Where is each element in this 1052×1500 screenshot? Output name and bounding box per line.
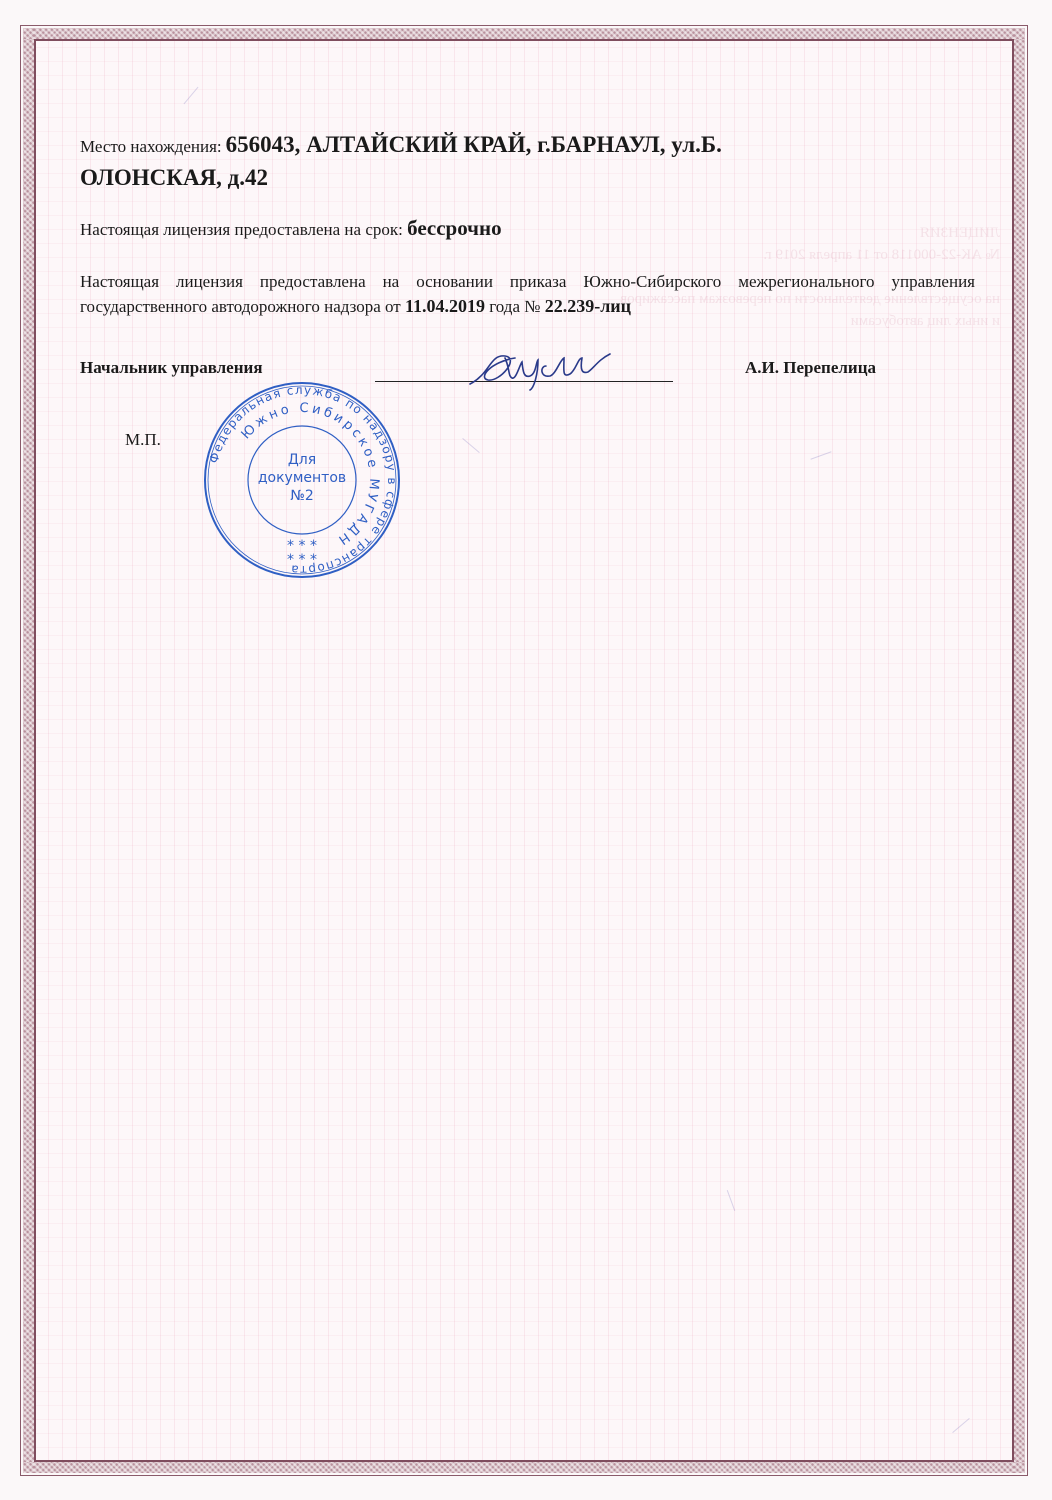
stamp-center-line1: Для xyxy=(288,452,316,468)
stamp-stars-2: * * * xyxy=(287,552,317,568)
term-label: Настоящая лицензия предоставлена на срок… xyxy=(80,220,403,239)
term-value: бессрочно xyxy=(407,216,502,240)
stamp-center-line2: документов xyxy=(258,470,346,486)
handwritten-signature xyxy=(460,344,660,392)
order-number: 22.239-лиц xyxy=(545,296,631,316)
seal-place-label: М.П. xyxy=(125,430,161,450)
location-value-line1: 656043, АЛТАЙСКИЙ КРАЙ, г.БАРНАУЛ, ул.Б. xyxy=(226,132,722,157)
basis-section: Настоящая лицензия предоставлена на осно… xyxy=(80,270,975,319)
location-label: Место нахождения: xyxy=(80,137,222,156)
location-section: Место нахождения: 656043, АЛТАЙСКИЙ КРАЙ… xyxy=(80,130,880,196)
location-value-line2: ОЛОНСКАЯ, д.42 xyxy=(80,165,268,190)
document-border xyxy=(23,28,1025,1473)
position-title: Начальник управления xyxy=(80,358,263,378)
order-date: 11.04.2019 xyxy=(405,296,485,316)
stamp-center-line3: №2 xyxy=(290,488,313,504)
term-section: Настоящая лицензия предоставлена на срок… xyxy=(80,216,502,241)
signer-name: А.И. Перепелица xyxy=(745,358,876,378)
basis-text-mid: года № xyxy=(489,297,540,316)
official-stamp: Федеральная служба по надзору в сфере тр… xyxy=(202,380,402,580)
